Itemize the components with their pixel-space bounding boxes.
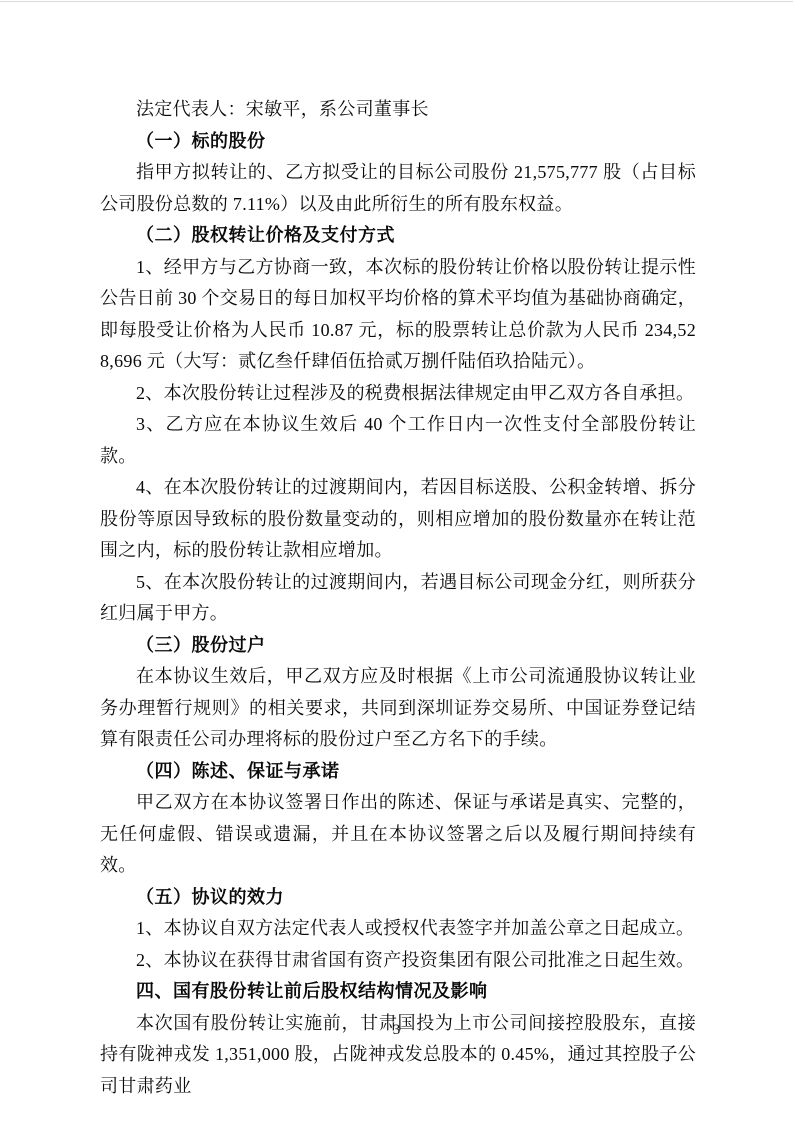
paragraph-effectiveness-2: 2、本协议在获得甘肃省国有资产投资集团有限公司批准之日起生效。 <box>100 945 696 977</box>
section-heading-share-transfer-registration: （三）股份过户 <box>100 630 696 662</box>
paragraph-price-item-1: 1、经甲方与乙方协商一致，本次标的股份转让价格以股份转让提示性公告日前 30 个… <box>100 252 696 378</box>
paragraph-target-shares: 指甲方拟转让的、乙方拟受让的目标公司股份 21,575,777 股（占目标公司股… <box>100 157 696 220</box>
page-number: 3 <box>0 1022 793 1039</box>
section-heading-equity-structure: 四、国有股份转让前后股权结构情况及影响 <box>100 976 696 1008</box>
scan-edge-line <box>0 1 793 2</box>
document-body: 法定代表人：宋敏平，系公司董事长 （一）标的股份 指甲方拟转让的、乙方拟受让的目… <box>100 94 696 1102</box>
paragraph-price-item-3: 3、乙方应在本协议生效后 40 个工作日内一次性支付全部股份转让款。 <box>100 409 696 472</box>
document-page: 法定代表人：宋敏平，系公司董事长 （一）标的股份 指甲方拟转让的、乙方拟受让的目… <box>0 0 793 1122</box>
section-heading-target-shares: （一）标的股份 <box>100 126 696 158</box>
paragraph-legal-representative: 法定代表人：宋敏平，系公司董事长 <box>100 94 696 126</box>
section-heading-representations: （四）陈述、保证与承诺 <box>100 756 696 788</box>
paragraph-price-item-4: 4、在本次股份转让的过渡期间内，若因目标送股、公积金转增、拆分股份等原因导致标的… <box>100 472 696 567</box>
paragraph-price-item-5: 5、在本次股份转让的过渡期间内，若遇目标公司现金分红，则所获分红归属于甲方。 <box>100 567 696 630</box>
paragraph-effectiveness-1: 1、本协议自双方法定代表人或授权代表签字并加盖公章之日起成立。 <box>100 913 696 945</box>
paragraph-representations: 甲乙双方在本协议签署日作出的陈述、保证与承诺是真实、完整的，无任何虚假、错误或遗… <box>100 787 696 882</box>
paragraph-price-item-2: 2、本次股份转让过程涉及的税费根据法律规定由甲乙双方各自承担。 <box>100 378 696 410</box>
paragraph-registration: 在本协议生效后，甲乙双方应及时根据《上市公司流通股协议转让业务办理暂行规则》的相… <box>100 661 696 756</box>
section-heading-transfer-price: （二）股权转让价格及支付方式 <box>100 220 696 252</box>
section-heading-effectiveness: （五）协议的效力 <box>100 882 696 914</box>
